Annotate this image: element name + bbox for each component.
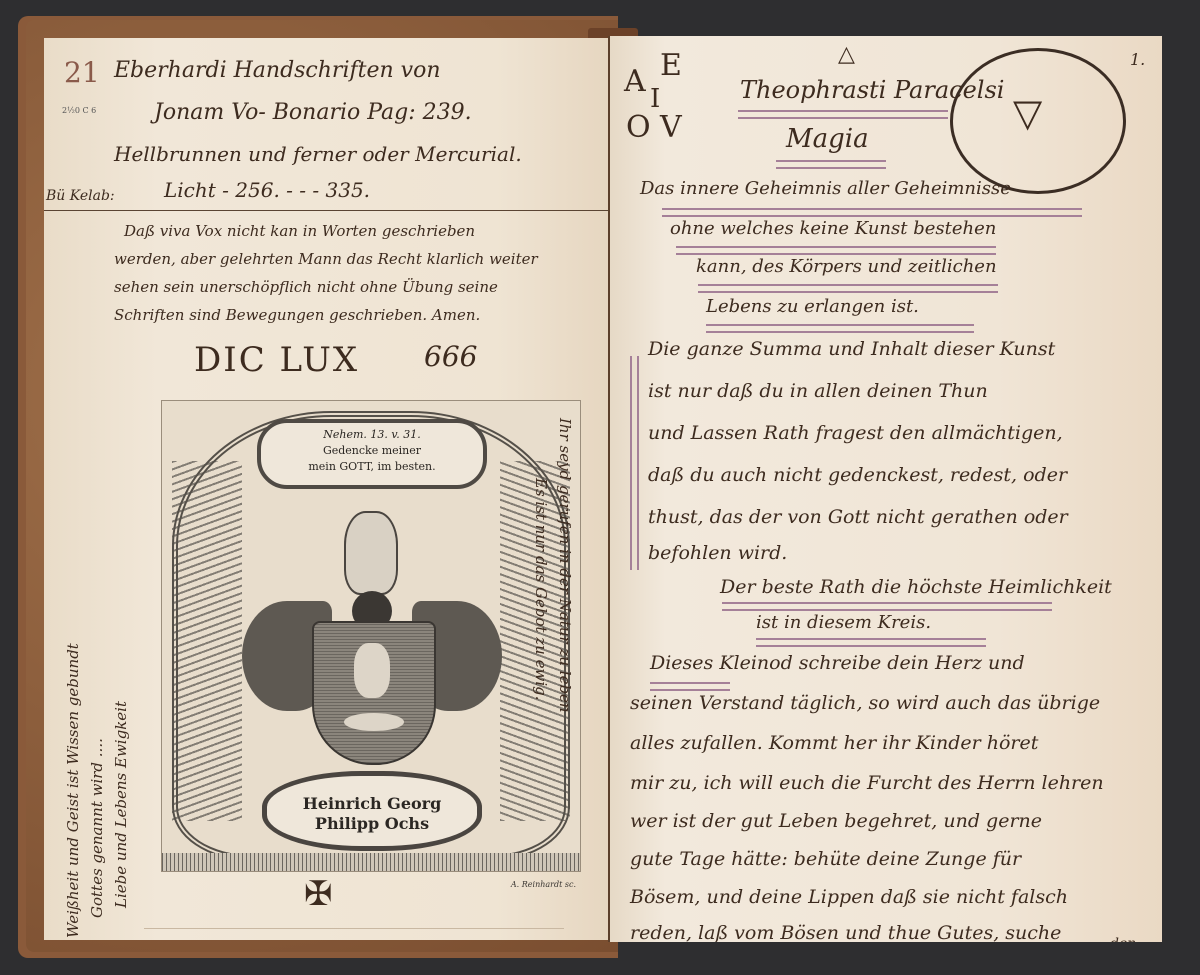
vertical-note-left-1: Weißheit und Geist ist Wissen gebundt bbox=[64, 643, 82, 938]
body-line-4: Schriften sind Bewegungen geschrieben. A… bbox=[114, 306, 480, 324]
vertical-note-right-1: Ihr seyd gerufen in der Natur zu leben bbox=[556, 418, 574, 713]
left-page: 21 2½0 C 6 Eberhardi Handschriften von J… bbox=[44, 38, 610, 940]
pencil-folio-number: 21 bbox=[64, 56, 100, 89]
heading2-underline-2 bbox=[756, 638, 986, 647]
header-line-1: Eberhardi Handschriften von bbox=[114, 58, 441, 83]
header-rule bbox=[44, 210, 610, 211]
vowel-o: O bbox=[626, 110, 651, 145]
heading2-underline-1 bbox=[722, 602, 1052, 611]
para2-line-3: alles zufallen. Kommt her ihr Kinder hör… bbox=[630, 732, 1038, 754]
right-page: A E I O V △ ▽ 1. Theophrasti Paracelsi M… bbox=[610, 36, 1162, 942]
vertical-note-left-2: Gottes genannt wird .... bbox=[88, 738, 106, 918]
dic-lux-text: DIC LUX bbox=[194, 340, 359, 380]
para1-line-5: thust, das der von Gott nicht gerathen o… bbox=[648, 506, 1068, 528]
para1-line-1: Die ganze Summa und Inhalt dieser Kunst bbox=[648, 338, 1055, 360]
cross-pattee-icon: ✠ bbox=[304, 874, 333, 914]
fish-charge-icon bbox=[344, 713, 404, 731]
paragraph-margin-rule bbox=[630, 356, 639, 570]
subtitle-underline-2 bbox=[676, 246, 996, 255]
para2-line-1: Dieses Kleinod schreibe dein Herz und bbox=[650, 652, 1025, 674]
para2-line-2: seinen Verstand täglich, so wird auch da… bbox=[630, 692, 1100, 714]
water-triangle-icon: ▽ bbox=[1013, 91, 1042, 135]
subtitle-underline-1 bbox=[662, 208, 1082, 217]
subtitle-underline-3 bbox=[698, 284, 998, 293]
subtitle-line-2: ohne welches keine Kunst bestehen bbox=[670, 218, 996, 239]
page-number: 1. bbox=[1130, 50, 1145, 69]
para2-line-4: mir zu, ich will euch die Furcht des Her… bbox=[630, 772, 1104, 794]
header-line-4: Licht - 256. - - - 335. bbox=[164, 178, 370, 202]
motto-cartouche: Nehem. 13. v. 31. Gedencke meiner mein G… bbox=[257, 419, 487, 489]
vertical-note-right-2: Es ist nur das Gebot zu ewig. bbox=[532, 478, 550, 700]
ox-charge-icon bbox=[354, 643, 390, 698]
owner-name-line-2: Philipp Ochs bbox=[267, 814, 477, 834]
para1-line-3: und Lassen Rath fragest den allmächtigen… bbox=[648, 422, 1063, 444]
para2-line-8: reden, laß vom Bösen und thue Gutes, suc… bbox=[630, 922, 1061, 942]
engraver-signature: A. Reinhardt sc. bbox=[511, 880, 576, 889]
vowel-i: I bbox=[650, 84, 660, 114]
subtitle-line-3: kann, des Körpers und zeitlichen bbox=[696, 256, 997, 277]
shelfmark: 2½0 C 6 bbox=[62, 106, 96, 115]
body-line-1: Daß viva Vox nicht kan in Worten geschri… bbox=[124, 222, 475, 240]
motto-reference: Nehem. 13. v. 31. bbox=[261, 427, 483, 443]
armorial-bookplate: Nehem. 13. v. 31. Gedencke meiner mein G… bbox=[161, 400, 581, 872]
vowel-a: A bbox=[624, 64, 646, 99]
coat-of-arms-shield bbox=[312, 621, 436, 765]
bookplate-base bbox=[162, 853, 580, 871]
vowel-e: E bbox=[660, 48, 682, 83]
header-line-2: Jonam Vo- Bonario Pag: 239. bbox=[154, 100, 472, 125]
fire-triangle-icon: △ bbox=[838, 42, 855, 67]
para2-first-word-underline bbox=[650, 682, 730, 691]
title-line-1: Theophrasti Paracelsi bbox=[740, 76, 1004, 104]
body-line-2: werden, aber gelehrten Mann das Recht kl… bbox=[114, 250, 538, 268]
open-book: 21 2½0 C 6 Eberhardi Handschriften von J… bbox=[18, 16, 1180, 958]
margin-label: Bü Kelab: bbox=[46, 188, 115, 204]
para1-line-4: daß du auch nicht gedenckest, redest, od… bbox=[648, 464, 1067, 486]
motto-line-1: Gedencke meiner bbox=[261, 443, 483, 459]
library-stamp: ▽ bbox=[950, 48, 1126, 194]
title-line-2: Magia bbox=[786, 124, 869, 154]
para1-line-6: befohlen wird. bbox=[648, 542, 787, 564]
subtitle-line-1: Das innere Geheimnis aller Geheimnisse bbox=[640, 178, 1011, 199]
para2-line-5: wer ist der gut Leben begehret, und gern… bbox=[630, 810, 1042, 832]
vowel-v: V bbox=[660, 110, 682, 145]
number-666: 666 bbox=[424, 340, 477, 373]
title-underline-2 bbox=[776, 160, 886, 169]
owner-name-line-1: Heinrich Georg bbox=[267, 794, 477, 814]
bookplate-bottom-rule bbox=[144, 928, 564, 929]
motto-line-2: mein GOTT, im besten. bbox=[261, 459, 483, 475]
para1-line-2: ist nur daß du in allen deinen Thun bbox=[648, 380, 988, 402]
para2-line-6: gute Tage hätte: behüte deine Zunge für bbox=[630, 848, 1021, 870]
body-line-3: sehen sein unerschöpflich nicht ohne Übu… bbox=[114, 278, 498, 296]
subtitle-line-4: Lebens zu erlangen ist. bbox=[706, 296, 919, 317]
crest-rampant-animal bbox=[344, 511, 398, 595]
header-line-3: Hellbrunnen und ferner oder Mercurial. bbox=[114, 142, 522, 166]
owner-name-cartouche: Heinrich Georg Philipp Ochs bbox=[262, 771, 482, 851]
heading2-line-2: ist in diesem Kreis. bbox=[756, 612, 931, 633]
para2-line-7: Bösem, und deine Lippen daß sie nicht fa… bbox=[630, 886, 1068, 908]
title-underline-1 bbox=[738, 110, 948, 119]
subtitle-underline-4 bbox=[706, 324, 974, 333]
heading2-line-1: Der beste Rath die höchste Heimlichkeit bbox=[720, 576, 1112, 598]
catchword: den bbox=[1110, 936, 1136, 942]
vertical-note-left-3: Liebe und Lebens Ewigkeit bbox=[112, 701, 130, 908]
